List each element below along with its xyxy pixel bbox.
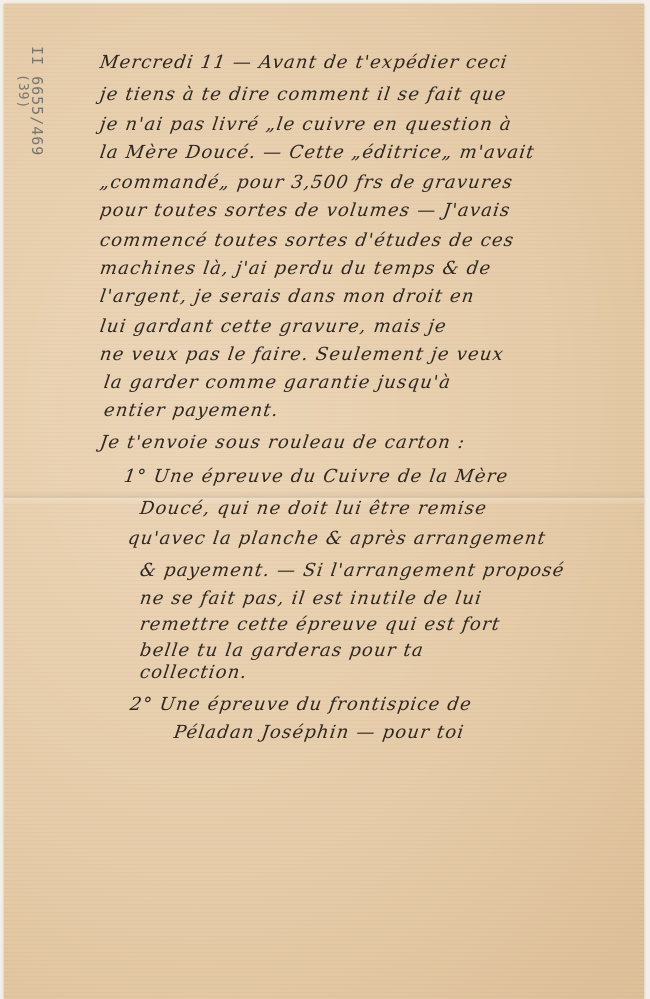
letter-line: Péladan Joséphin — pour toi [173,722,466,743]
letter-line: lui gardant cette gravure, mais je [99,316,449,337]
letter-line: „commandé„ pour 3,500 frs de gravures [99,172,515,193]
archive-mark-main: II 6655/469 [28,46,46,156]
letter-line: 1° Une épreuve du Cuivre de la Mère [123,466,510,487]
letter-line: 2° Une épreuve du frontispice de [129,694,474,715]
letter-line: & payement. — Si l'arrangement proposé [139,560,567,581]
letter-line: la Mère Doucé. — Cette „éditrice„ m'avai… [99,142,537,163]
letter-line: pour toutes sortes de volumes — J'avais [99,200,513,221]
letter-line: qu'avec la planche & après arrangement [127,528,548,549]
letter-line: commencé toutes sortes d'études de ces [99,230,516,251]
letter-line: l'argent, je serais dans mon droit en [99,286,477,307]
letter-line: je n'ai pas livré „le cuivre en question… [99,114,514,135]
letter-line: machines là, j'ai perdu du temps & de [99,258,493,279]
letter-line: la garder comme garantie jusqu'à [103,372,453,393]
letter-line: Doucé, qui ne doit lui être remise [139,498,489,519]
letter-line: Mercredi 11 — Avant de t'expédier ceci [99,52,510,73]
letter-line: ne se fait pas, il est inutile de lui [139,588,484,609]
letter-line: je tiens à te dire comment il se fait qu… [99,84,509,105]
letter-line: collection. [139,662,249,683]
letter-line: remettre cette épreuve qui est fort [139,614,502,635]
letter-page: II 6655/469 (39) Mercredi 11 — Avant de … [4,4,644,999]
archive-mark-sub: (39) [15,74,30,109]
archive-mark: II 6655/469 (39) [28,46,46,156]
letter-line: ne veux pas le faire. Seulement je veux [99,344,506,365]
letter-line: entier payement. [103,400,281,421]
letter-line: belle tu la garderas pour ta [139,640,426,661]
letter-line: Je t'envoie sous rouleau de carton : [99,432,467,453]
